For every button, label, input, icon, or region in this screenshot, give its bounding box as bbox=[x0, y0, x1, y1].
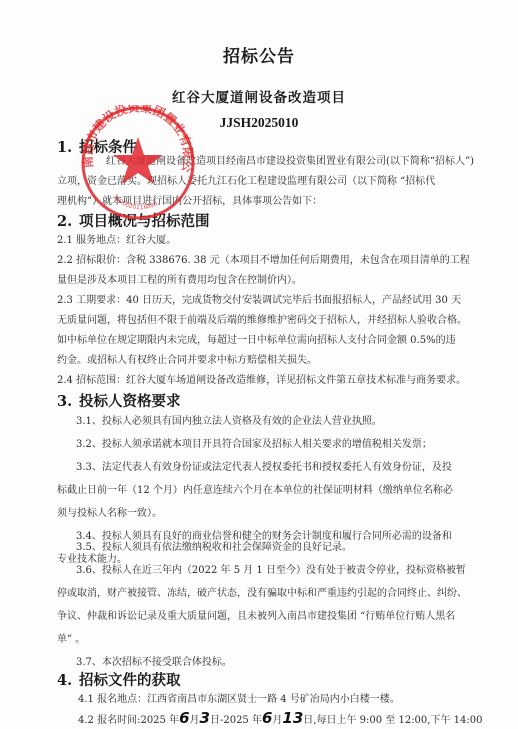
section-2-line: 无质量问题，将包括但不限于前端及后端的维修维护密码交于招标人，并经招标人验收合格… bbox=[57, 311, 467, 331]
section-3-line: 单” 。 bbox=[57, 630, 85, 650]
section-3-line: 3.6、投标人在近三年内（2022 年 5 月 1 日至今）没有处于被责令停业，… bbox=[76, 561, 466, 581]
reg-text: 月 bbox=[190, 715, 200, 726]
section-3-line: 争议、仲裁和诉讼记录及重大质量问题，且未被列入南昌市建投集团 “行贿单位行贿人黑… bbox=[57, 607, 455, 627]
reg-prefix: 4.2 报名时间:2025 年 bbox=[78, 715, 179, 726]
section-3-line: 3.1、投标人必须具有国内独立法人资格及有效的企业法人营业执照。 bbox=[76, 412, 382, 432]
registration-time: 4.2 报名时间:2025 年6月3日-2025 年6月13日,每日上午 9:0… bbox=[78, 708, 482, 729]
handwritten-end-day: 13 bbox=[282, 709, 303, 727]
section-3-heading: 3.投标人资格要求 bbox=[57, 390, 181, 411]
handwritten-start-month: 6 bbox=[179, 709, 189, 727]
handwritten-end-month: 6 bbox=[262, 709, 272, 727]
document-title: 招标公告 bbox=[0, 42, 518, 67]
reg-text: 月 bbox=[272, 715, 282, 726]
section-2-heading: 2.项目概况与招标范围 bbox=[57, 210, 210, 231]
reg-text: 日-2025 年 bbox=[210, 715, 262, 726]
section-number: 1. bbox=[57, 139, 79, 156]
reg-suffix: 日,每日上午 9:00 至 12:00,下午 14:00 bbox=[303, 715, 482, 726]
section-4-heading: 4.招标文件的获取 bbox=[57, 669, 181, 690]
section-3-line: 3.5、投标人须具有依法缴纳税收和社会保障资金的良好记录。 bbox=[76, 538, 352, 558]
section-2-line: 如中标单位在规定期限内未完成，每超过一日中标单位需向招标人支付合同金额 0.5%… bbox=[57, 331, 456, 351]
section-number: 2. bbox=[57, 213, 79, 230]
handwritten-start-day: 3 bbox=[200, 709, 210, 727]
section-2-line: 2.3 工期要求：40 日历天，完成货物交付安装调试完毕后书面报招标人，产品经试… bbox=[57, 291, 461, 311]
section-title: 投标人资格要求 bbox=[79, 393, 181, 410]
section-title: 招标文件的获取 bbox=[79, 672, 181, 689]
section-4-line: 4.1 报名地点：江西省南昌市东湖区贤士一路 4 号矿冶局内小白楼一楼。 bbox=[78, 690, 400, 710]
project-code: JJSH2025010 bbox=[0, 115, 518, 131]
section-number: 4. bbox=[57, 672, 79, 689]
section-3-line: 停或取消，财产被接管、冻结，破产状态，没有骗取中标和严重违约引起的合同终止、纠纷… bbox=[57, 584, 467, 604]
project-name: 红谷大厦道闸设备改造项目 bbox=[0, 86, 518, 106]
section-2-line: 2.2 招标限价：含税 338676. 38 元（本项目不增加任何后期费用，未包… bbox=[57, 251, 470, 271]
section-3-line: 3.2、投标人须承诺就本项目开具符合国家及招标人相关要求的增值税相关发票； bbox=[76, 435, 432, 455]
section-1-line: 立项，资金已落实。现招标人委托九江石化工程建设监理有限公司（以下简称 “招标代 bbox=[57, 172, 435, 192]
section-title: 项目概况与招标范围 bbox=[79, 213, 210, 230]
section-3-line: 3.3、法定代表人有效身份证或法定代表人授权委托书和授权委托人有效身份证，及投 bbox=[76, 458, 452, 478]
section-3-line: 标截止日前一年（12 个月）内任意连续六个月在本单位的社保证明材料（缴纳单位名称… bbox=[57, 481, 453, 501]
section-2-line: 量但是涉及本项目工程的所有费用均包含在控制价内）。 bbox=[57, 271, 302, 291]
section-number: 3. bbox=[57, 393, 79, 410]
section-2-line: 2.1 服务地点：红谷大厦。 bbox=[57, 231, 176, 251]
section-2-line: 2.4 招标范围：红谷大厦车场道闸设备改造维修，详见招标文件第五章技术标准与商务… bbox=[57, 371, 466, 391]
section-1-line: 红谷大厦道闸设备改造项目经南昌市建设投资集团置业有限公司(以下简称“招标人”) bbox=[106, 152, 474, 172]
section-1-line: 理机构”）就本项目进行国内公开招标，具体事项公告如下： bbox=[57, 192, 322, 212]
section-2-line: 约金。或招标人有权终止合同并要求中标方赔偿相关损失。 bbox=[57, 351, 317, 371]
document-page: 招标公告 红谷大厦道闸设备改造项目 JJSH2025010 1.招标条件 红谷大… bbox=[0, 0, 518, 729]
section-3-line: 须与投标人名称一致）。 bbox=[57, 504, 162, 524]
